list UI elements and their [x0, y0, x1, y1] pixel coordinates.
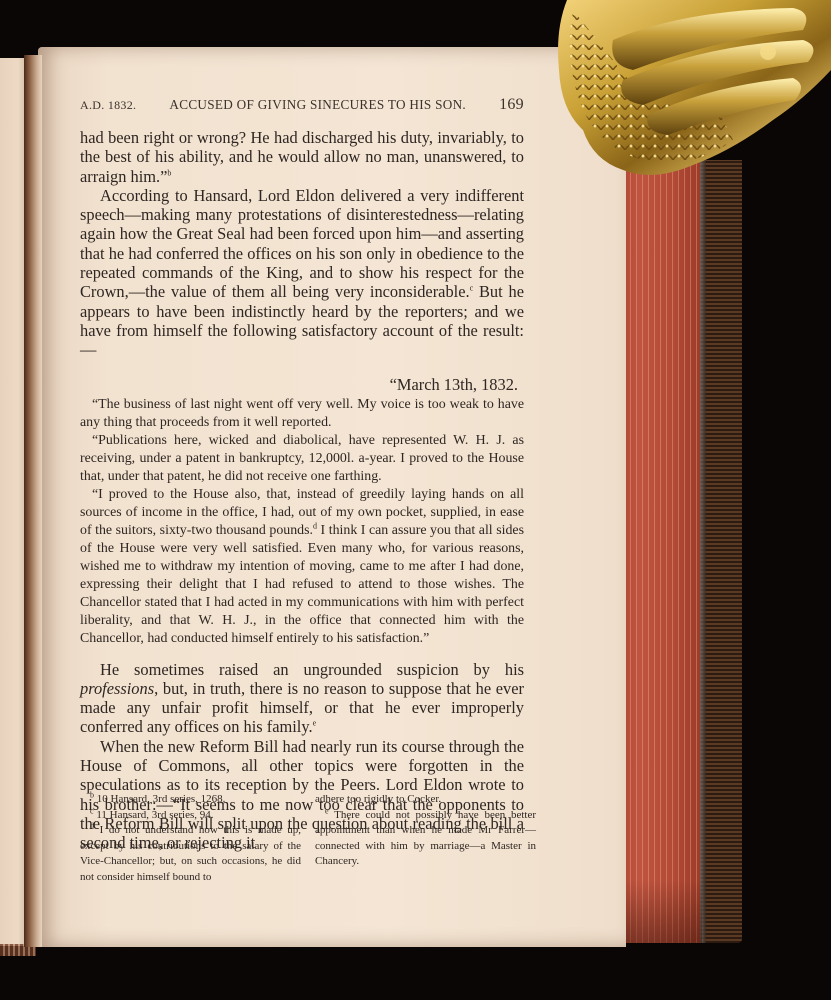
footnote: b 10 Hansard, 3rd series, 1268.	[80, 792, 301, 808]
footnote-ref: e	[313, 719, 317, 728]
footnotes-left-column: b 10 Hansard, 3rd series, 1268. c 11 Han…	[80, 792, 301, 885]
letter-paragraph: “The business of last night went off ver…	[80, 396, 524, 432]
page-text-block: A.D. 1832. ACCUSED OF GIVING SINECURES T…	[80, 96, 524, 853]
book-cover-edge	[700, 160, 742, 943]
running-head: A.D. 1832. ACCUSED OF GIVING SINECURES T…	[80, 96, 524, 120]
fore-edge-shadow	[626, 880, 702, 943]
footnotes: b 10 Hansard, 3rd series, 1268. c 11 Han…	[80, 792, 536, 885]
letter-paragraph: “I proved to the House also, that, inste…	[80, 486, 524, 648]
quoted-letter: “The business of last night went off ver…	[80, 396, 524, 648]
running-head-date: A.D. 1832.	[80, 98, 136, 113]
paragraph: He sometimes raised an ungrounded suspic…	[80, 660, 524, 737]
footnotes-right-column: adhere too rigidly to Cocker. e There co…	[315, 792, 536, 885]
body-text: had been right or wrong? He had discharg…	[80, 128, 524, 853]
paragraph: According to Hansard, Lord Eldon deliver…	[80, 186, 524, 360]
book-gutter	[24, 55, 42, 947]
paragraph: had been right or wrong? He had discharg…	[80, 128, 524, 186]
brass-page-clip-icon	[553, 0, 831, 182]
running-head-title: ACCUSED OF GIVING SINECURES TO HIS SON.	[169, 97, 466, 113]
book-photo: A.D. 1832. ACCUSED OF GIVING SINECURES T…	[0, 0, 831, 1000]
footnote-ref: b	[167, 168, 171, 177]
footnote: c 11 Hansard, 3rd series, 94.	[80, 808, 301, 824]
letter-date: “March 13th, 1832.	[80, 375, 518, 394]
footnote-continuation: adhere too rigidly to Cocker.	[315, 792, 536, 808]
footnote: e There could not possibly have been bet…	[315, 808, 536, 870]
letter-paragraph: “Publications here, wicked and diabolica…	[80, 432, 524, 486]
page-number: 169	[499, 96, 524, 114]
footnote: d I do not understand how this is made u…	[80, 823, 301, 885]
